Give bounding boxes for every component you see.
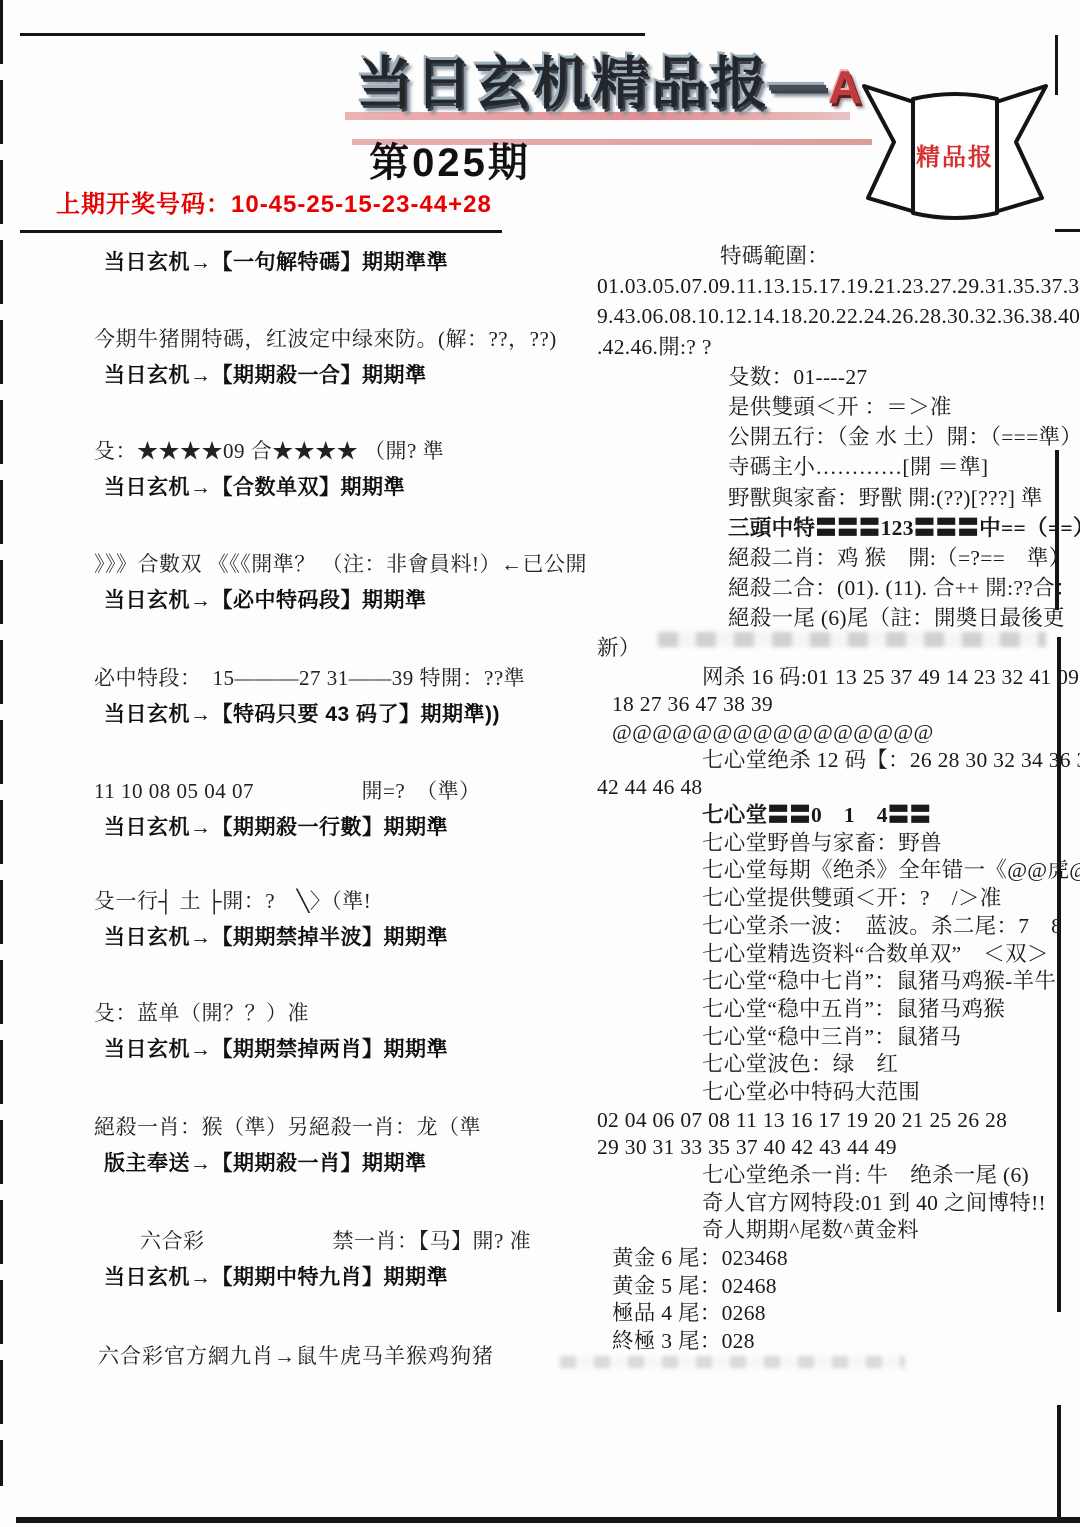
special-code-range-title: 特碼範圍： (592, 241, 1062, 271)
left-section-10: 六合彩官方網九肖→鼠牛虎马羊猴鸡狗猪 (88, 1340, 580, 1370)
lottery-name: 六合彩 (140, 1229, 205, 1253)
ribbon-label: 精品报 (916, 143, 994, 171)
qixintang-bars-line: 七心堂〓〓0 1 4〓〓 (592, 802, 1062, 830)
at-separator-row: @@@@@@@@@@@@@@@@ (592, 719, 1062, 747)
left-section-5: 11 10 08 05 04 07 開=? （準） 当日玄机→【期期殺一行數】期… (88, 778, 580, 841)
nine-zodiac-footer: 六合彩官方網九肖→鼠牛虎马羊猴鸡狗猪 (88, 1340, 580, 1370)
double-head-line: 是供雙頭＜开 ：＝＞准 (592, 392, 1062, 422)
qixintang-double-head: 七心堂提供雙頭＜开：? /＞准 (592, 885, 1062, 913)
prediction-note: 必中特段： 15———27 31——39 特開：??準 (88, 665, 580, 692)
border-top (20, 33, 645, 36)
kill-range-line: 殳数：01----27 (592, 362, 1062, 392)
qiren-special-segment: 奇人官方网特段:01 到 40 之间博特!! (592, 1190, 1062, 1218)
left-section-4: 必中特段： 15———27 31——39 特開：??準 当日玄机→【特码只要 4… (88, 665, 580, 728)
premium-4-tails: 極品 4 尾：0268 (592, 1300, 1062, 1328)
wild-domestic-line: 野獸與家畜：野獸 開:(??)[???] 準 (592, 483, 1062, 513)
code-range-numbers: 9.43.06.08.10.12.14.18.20.22.24.26.28.30… (592, 301, 1062, 331)
code-range-numbers: .42.46.開:? ? (592, 332, 1062, 362)
qixintang-big-range-title: 七心堂必中特码大范围 (592, 1079, 1062, 1107)
qixintang-odd-even: 七心堂精选资料“合数单双” ＜双＞ (592, 941, 1062, 969)
qixintang-kill-zodiac-tail: 七心堂绝杀一肖: 牛 绝杀一尾 (6) (592, 1162, 1062, 1190)
left-section-3: 》》》合數双 《《《開準？ （注：非會員料!）←已公開 当日玄机→【必中特码段】… (88, 551, 580, 614)
border-right-segment (1057, 1405, 1061, 1518)
kill-two-zodiac-line: 絕殺二肖：鸡 猴 開:（=?== 準） (592, 543, 1062, 573)
five-elements-line: 公開五行：（金 水 土）開：（===準） (592, 422, 1062, 452)
prediction-headline: 当日玄机→【期期殺一合】期期準 (88, 359, 580, 389)
page-title-dash: — (769, 52, 828, 116)
big-range-numbers: 29 30 31 33 35 37 40 42 43 44 49 (592, 1134, 1062, 1162)
prediction-note: 今期牛猪開特碼，红波定中绿來防。(解：??，??) (88, 326, 580, 353)
prediction-headline: 当日玄机→【合数单双】期期準 (88, 471, 580, 501)
prediction-headline: 当日玄机→【期期殺一行數】期期準 (88, 811, 580, 841)
net-kill-16-codes-cont: 18 27 36 47 38 39 (592, 691, 1062, 719)
prediction-headline: 当日玄机→【特码只要 43 码了】期期準)) (88, 698, 580, 728)
qixintang-kill-12-codes: 七心堂绝杀 12 码【：26 28 30 32 34 36 38 40 (592, 747, 1062, 775)
prediction-headline: 当日玄机→【期期禁掉两肖】期期準 (88, 1033, 580, 1063)
border-left (0, 0, 3, 1486)
ban-zodiac-note: 禁一肖：【马】開? 准 (333, 1229, 532, 1253)
qixintang-wave-color: 七心堂波色：绿 红 (592, 1051, 1062, 1079)
prediction-headline: 当日玄机→【期期中特九肖】期期準 (88, 1261, 580, 1291)
kill-one-tail-line: 絕殺一尾 (6)尾（註：開奬日最後更 (592, 603, 1062, 633)
code-range-numbers: 01.03.05.07.09.11.13.15.17.19.21.23.27.2… (592, 271, 1062, 301)
prediction-note: 殳：★★★★09 合★★★★ （開? 準 (88, 438, 580, 465)
prediction-headline: 当日玄机→【必中特码段】期期準 (88, 584, 580, 614)
big-range-numbers: 02 04 06 07 08 11 13 16 17 19 20 21 25 2… (592, 1107, 1062, 1135)
page-title: 当日玄机精品报—A (330, 38, 890, 120)
qixintang-kill-12-codes-cont: 42 44 46 48 (592, 774, 1062, 802)
code-size-line: 寺碼主小…………[開 ＝準] (592, 452, 1062, 482)
left-section-9: 六合彩禁一肖：【马】開? 准 当日玄机→【期期中特九肖】期期準 (88, 1228, 580, 1291)
ribbon-badge: 精品报 (856, 66, 1054, 226)
prediction-note: 11 10 08 05 04 07 開=? （準） (88, 778, 580, 805)
border-bottom (16, 1517, 1080, 1523)
left-section-2: 殳：★★★★09 合★★★★ （開? 準 当日玄机→【合数单双】期期準 (88, 438, 580, 501)
prediction-note: 六合彩禁一肖：【马】開? 准 (88, 1228, 580, 1255)
prediction-note: 》》》合數双 《《《開準？ （注：非會員料!）←已公開 (88, 551, 580, 578)
prediction-note: 絕殺一肖：猴（準）另絕殺一肖：龙（準 (88, 1114, 580, 1141)
qixintang-three-zodiac: 七心堂“稳中三肖”：鼠猪马 (592, 1024, 1062, 1052)
left-section-0: 当日玄机→【一句解特碼】期期準準 (88, 240, 580, 276)
qixintang-wild-domestic: 七心堂野兽与家畜：野兽 (592, 830, 1062, 858)
prediction-note: 殳一行┤ 土 ├開：? ╲〉（準! (88, 888, 580, 915)
prediction-headline: 版主奉送→【期期殺一肖】期期準 (88, 1147, 580, 1177)
prediction-headline: 当日玄机→【期期禁掉半波】期期準 (88, 921, 580, 951)
prediction-note: 殳：蓝单（開？？）准 (88, 1000, 580, 1027)
ultimate-3-tails: 終極 3 尾：028 (592, 1328, 1062, 1356)
qixintang-kill-wave-tails: 七心堂杀一波： 蓝波。杀二尾：7 8 (592, 913, 1062, 941)
last-draw-numbers: 上期开奖号码：10-45-25-15-23-44+28 (56, 184, 492, 219)
border-right-tick (1055, 229, 1080, 232)
left-section-1: 今期牛猪開特碼，红波定中绿來防。(解：??，??) 当日玄机→【期期殺一合】期期… (88, 326, 580, 389)
lottery-tip-sheet: 当日玄机精品报—A 第025期 上期开奖号码：10-45-25-15-23-44… (0, 0, 1080, 1527)
left-section-8: 絕殺一肖：猴（準）另絕殺一肖：龙（準 版主奉送→【期期殺一肖】期期準 (88, 1114, 580, 1177)
qixintang-yearly-kill: 七心堂每期《绝杀》全年错一《@@虎@@》 (592, 857, 1062, 885)
qixintang-five-zodiac: 七心堂“稳中五肖”：鼠猪马鸡猴 (592, 996, 1062, 1024)
golden-5-tails: 黄金 5 尾：02468 (592, 1273, 1062, 1301)
net-kill-16-codes: 网杀 16 码:01 13 25 37 49 14 23 32 41 09 (592, 664, 1062, 692)
issue-number: 第025期 (280, 131, 620, 188)
left-section-6: 殳一行┤ 土 ├開：? ╲〉（準! 当日玄机→【期期禁掉半波】期期準 (88, 888, 580, 951)
qixintang-seven-zodiac: 七心堂“稳中七肖”：鼠猪马鸡猴-羊牛 (592, 968, 1062, 996)
left-section-7: 殳：蓝单（開？？）准 当日玄机→【期期禁掉两肖】期期準 (88, 1000, 580, 1063)
prediction-headline: 当日玄机→【一句解特碼】期期準準 (88, 246, 580, 276)
golden-6-tails: 黄金 6 尾：023468 (592, 1245, 1062, 1273)
column-divider-line (20, 230, 502, 233)
right-column: 特碼範圍： 01.03.05.07.09.11.13.15.17.19.21.2… (592, 241, 1062, 1356)
illegible-smudge (560, 1356, 905, 1368)
border-right-segment (1055, 35, 1058, 95)
three-heads-line: 三頭中特〓〓〓123〓〓〓中==（==） (592, 513, 1062, 543)
qiren-golden-tails-title: 奇人期期^尾数^黄金料 (592, 1217, 1062, 1245)
kill-two-sum-line: 絕殺二合：(01). (11). 合++ 開:??合： (592, 573, 1062, 603)
page-title-main: 当日玄机精品报 (356, 52, 769, 116)
illegible-smudge (658, 632, 1046, 647)
